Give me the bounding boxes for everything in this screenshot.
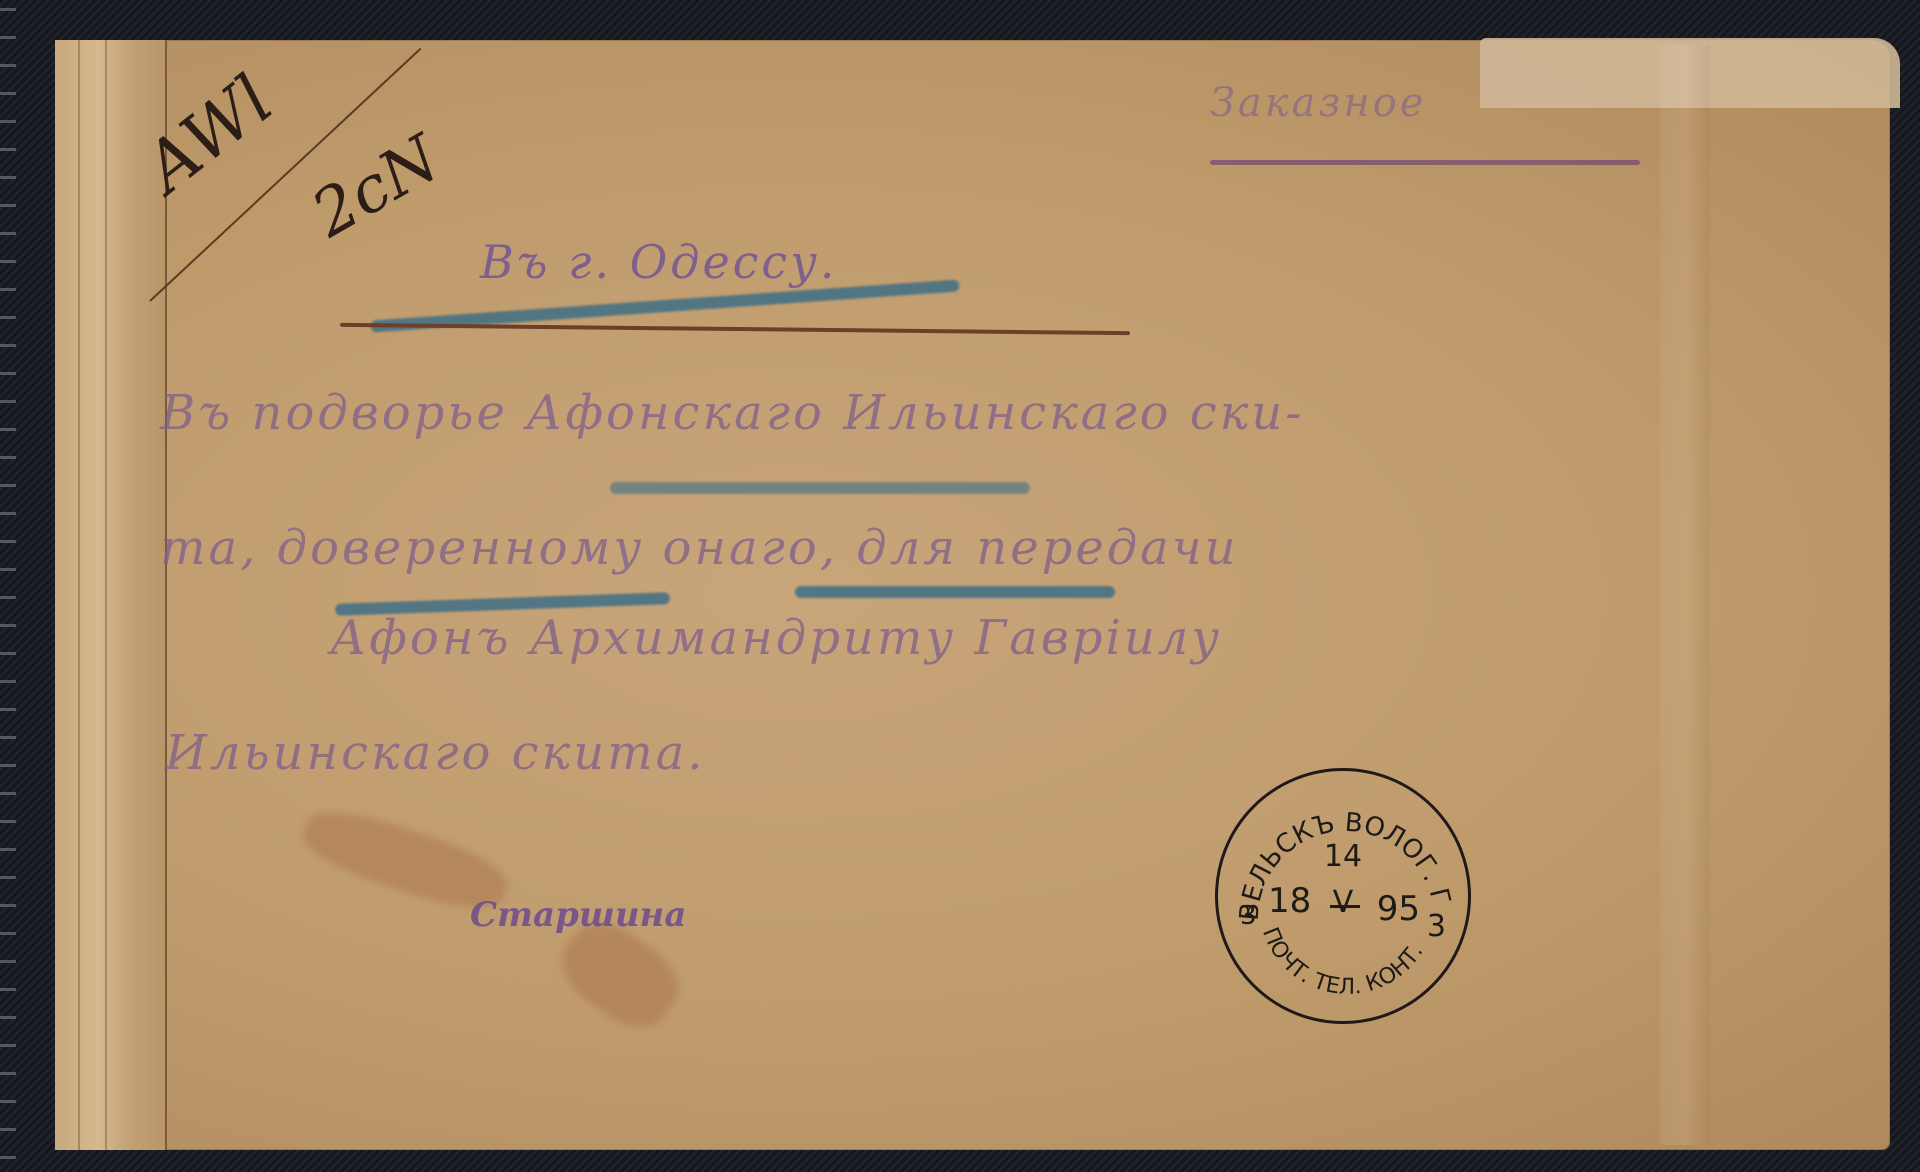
- destination-line: Въ г. Одессу.: [480, 235, 838, 289]
- postmark-date-bar: [1330, 905, 1360, 908]
- registered-note: Заказное: [1210, 80, 1426, 126]
- address-line-3: Афонъ Архимандриту Гавріилу: [330, 610, 1222, 666]
- svg-text:ПОЧТ. ТЕЛ. КОНТ.: ПОЧТ. ТЕЛ. КОНТ.: [1257, 924, 1428, 1000]
- album-sleeve-holes: [0, 0, 16, 1172]
- fold-crease: [105, 40, 107, 1150]
- blue-pencil-underline: [795, 586, 1115, 598]
- postmark: ВЕЛЬСКЪ ВОЛОГ. Г. ПОЧТ. ТЕЛ. КОНТ. 3 18 …: [1215, 768, 1471, 1024]
- postmark-office: ПОЧТ. ТЕЛ. КОНТ.: [1257, 924, 1428, 1000]
- underline-purple: [1210, 160, 1640, 165]
- address-line-2: та, доверенному онаго, для передачи: [160, 520, 1239, 576]
- blue-pencil-underline: [610, 482, 1030, 494]
- postmark-side-right: 3: [1427, 909, 1446, 944]
- address-line-1: Въ подворье Афонскаго Ильинскаго ски-: [160, 385, 1304, 441]
- vertical-crease: [1660, 45, 1710, 1145]
- left-folded-flap: [55, 40, 167, 1150]
- fold-crease: [78, 40, 80, 1150]
- violet-handstamp: Старшина: [470, 895, 686, 935]
- address-line-4: Ильинскаго скита.: [165, 725, 706, 781]
- postmark-day: 14: [1218, 841, 1468, 873]
- postmark-year-right: 95: [1377, 889, 1420, 929]
